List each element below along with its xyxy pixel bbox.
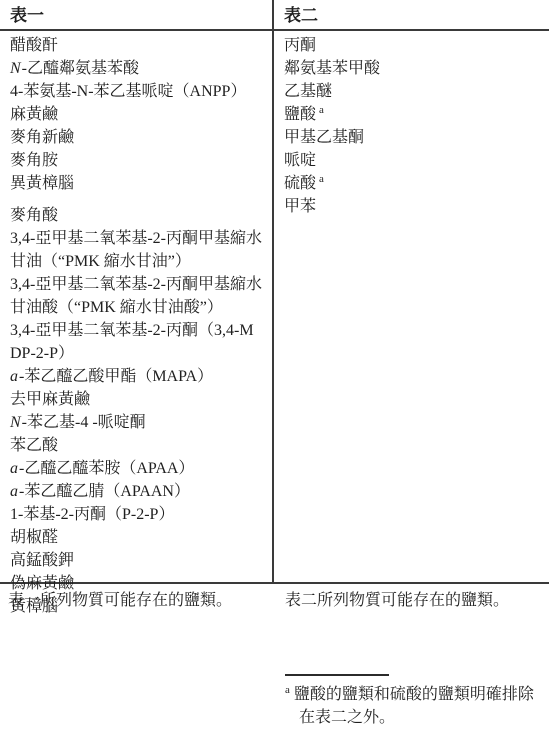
document-page: 表一 醋酸酐N-乙醯鄰氨基苯酸4-苯氨基-N-苯乙基哌啶（ANPP）麻黃鹼麥角新… (0, 0, 555, 744)
substance-item: 鹽酸a (284, 103, 541, 126)
table1-salts-note: 表一所列物質可能存在的鹽類。 (0, 590, 274, 612)
table2-title: 表二 (274, 0, 549, 31)
substance-item: a-乙醯乙醯苯胺（APAA） (10, 457, 264, 480)
table2-salts-note: 表二所列物質可能存在的鹽類。 (274, 590, 509, 612)
precursor-tables: 表一 醋酸酐N-乙醯鄰氨基苯酸4-苯氨基-N-苯乙基哌啶（ANPP）麻黃鹼麥角新… (0, 0, 549, 584)
substance-item: 丙酮 (284, 34, 541, 57)
footnote-divider (285, 674, 389, 676)
substance-item: 醋酸酐 (10, 34, 264, 57)
italic-prefix: N (10, 60, 21, 77)
substance-item: 甲基乙基酮 (284, 126, 541, 149)
table1-column: 表一 醋酸酐N-乙醯鄰氨基苯酸4-苯氨基-N-苯乙基哌啶（ANPP）麻黃鹼麥角新… (0, 0, 274, 582)
substance-item: 4-苯氨基-N-苯乙基哌啶（ANPP） (10, 80, 264, 103)
italic-prefix: a (10, 460, 18, 477)
footnote: a鹽酸的鹽類和硫酸的鹽類明確排除在表二之外。 (285, 674, 547, 729)
italic-prefix: a (10, 368, 18, 385)
italic-prefix: N (10, 414, 21, 431)
substance-item: 鄰氨基苯甲酸 (284, 57, 541, 80)
substance-item: a-苯乙醯乙腈（APAAN） (10, 480, 264, 503)
substance-item: 乙基醚 (284, 80, 541, 103)
substance-item: 3,4-亞甲基二氧苯基-2-丙酮甲基縮水甘油酸（“PMK 縮水甘油酸”） (10, 273, 264, 319)
substance-item: 甲苯 (284, 195, 541, 218)
substance-item: 麻黃鹼 (10, 103, 264, 126)
salts-notes: 表一所列物質可能存在的鹽類。 表二所列物質可能存在的鹽類。 (0, 590, 549, 612)
substance-item: 3,4-亞甲基二氧苯基-2-丙酮甲基縮水甘油（“PMK 縮水甘油”） (10, 227, 264, 273)
footnote-reference: a (319, 104, 324, 116)
footnote-body: 鹽酸的鹽類和硫酸的鹽類明確排除在表二之外。 (294, 686, 534, 726)
substance-item: 麥角酸 (10, 204, 264, 227)
footnote-marker: a (285, 684, 290, 696)
footnote-text: a鹽酸的鹽類和硫酸的鹽類明確排除在表二之外。 (285, 683, 547, 729)
substance-item: 1-苯基-2-丙酮（P-2-P） (10, 503, 264, 526)
substance-item: 苯乙酸 (10, 434, 264, 457)
substance-item: 胡椒醛 (10, 526, 264, 549)
substance-item: 硫酸a (284, 172, 541, 195)
substance-item: N-苯乙基-4 -哌啶酮 (10, 411, 264, 434)
table1-title: 表一 (0, 0, 272, 31)
substance-item: 3,4-亞甲基二氧苯基-2-丙酮（3,4-MDP-2-P） (10, 319, 264, 365)
substance-item: 去甲麻黃鹼 (10, 388, 264, 411)
substance-item: a-苯乙醯乙酸甲酯（MAPA） (10, 365, 264, 388)
table2-column: 表二 丙酮鄰氨基苯甲酸乙基醚鹽酸a甲基乙基酮哌啶硫酸a甲苯 (274, 0, 549, 582)
substance-item: 高錳酸鉀 (10, 549, 264, 572)
italic-prefix: a (10, 483, 18, 500)
table1-item-list: 醋酸酐N-乙醯鄰氨基苯酸4-苯氨基-N-苯乙基哌啶（ANPP）麻黃鹼麥角新鹼麥角… (0, 31, 272, 618)
substance-item: N-乙醯鄰氨基苯酸 (10, 57, 264, 80)
table2-item-list: 丙酮鄰氨基苯甲酸乙基醚鹽酸a甲基乙基酮哌啶硫酸a甲苯 (274, 31, 549, 218)
substance-item: 哌啶 (284, 149, 541, 172)
substance-item: 麥角新鹼 (10, 126, 264, 149)
substance-item: 麥角胺 (10, 149, 264, 172)
footnote-reference: a (319, 173, 324, 185)
substance-item: 異黃樟腦 (10, 172, 264, 195)
